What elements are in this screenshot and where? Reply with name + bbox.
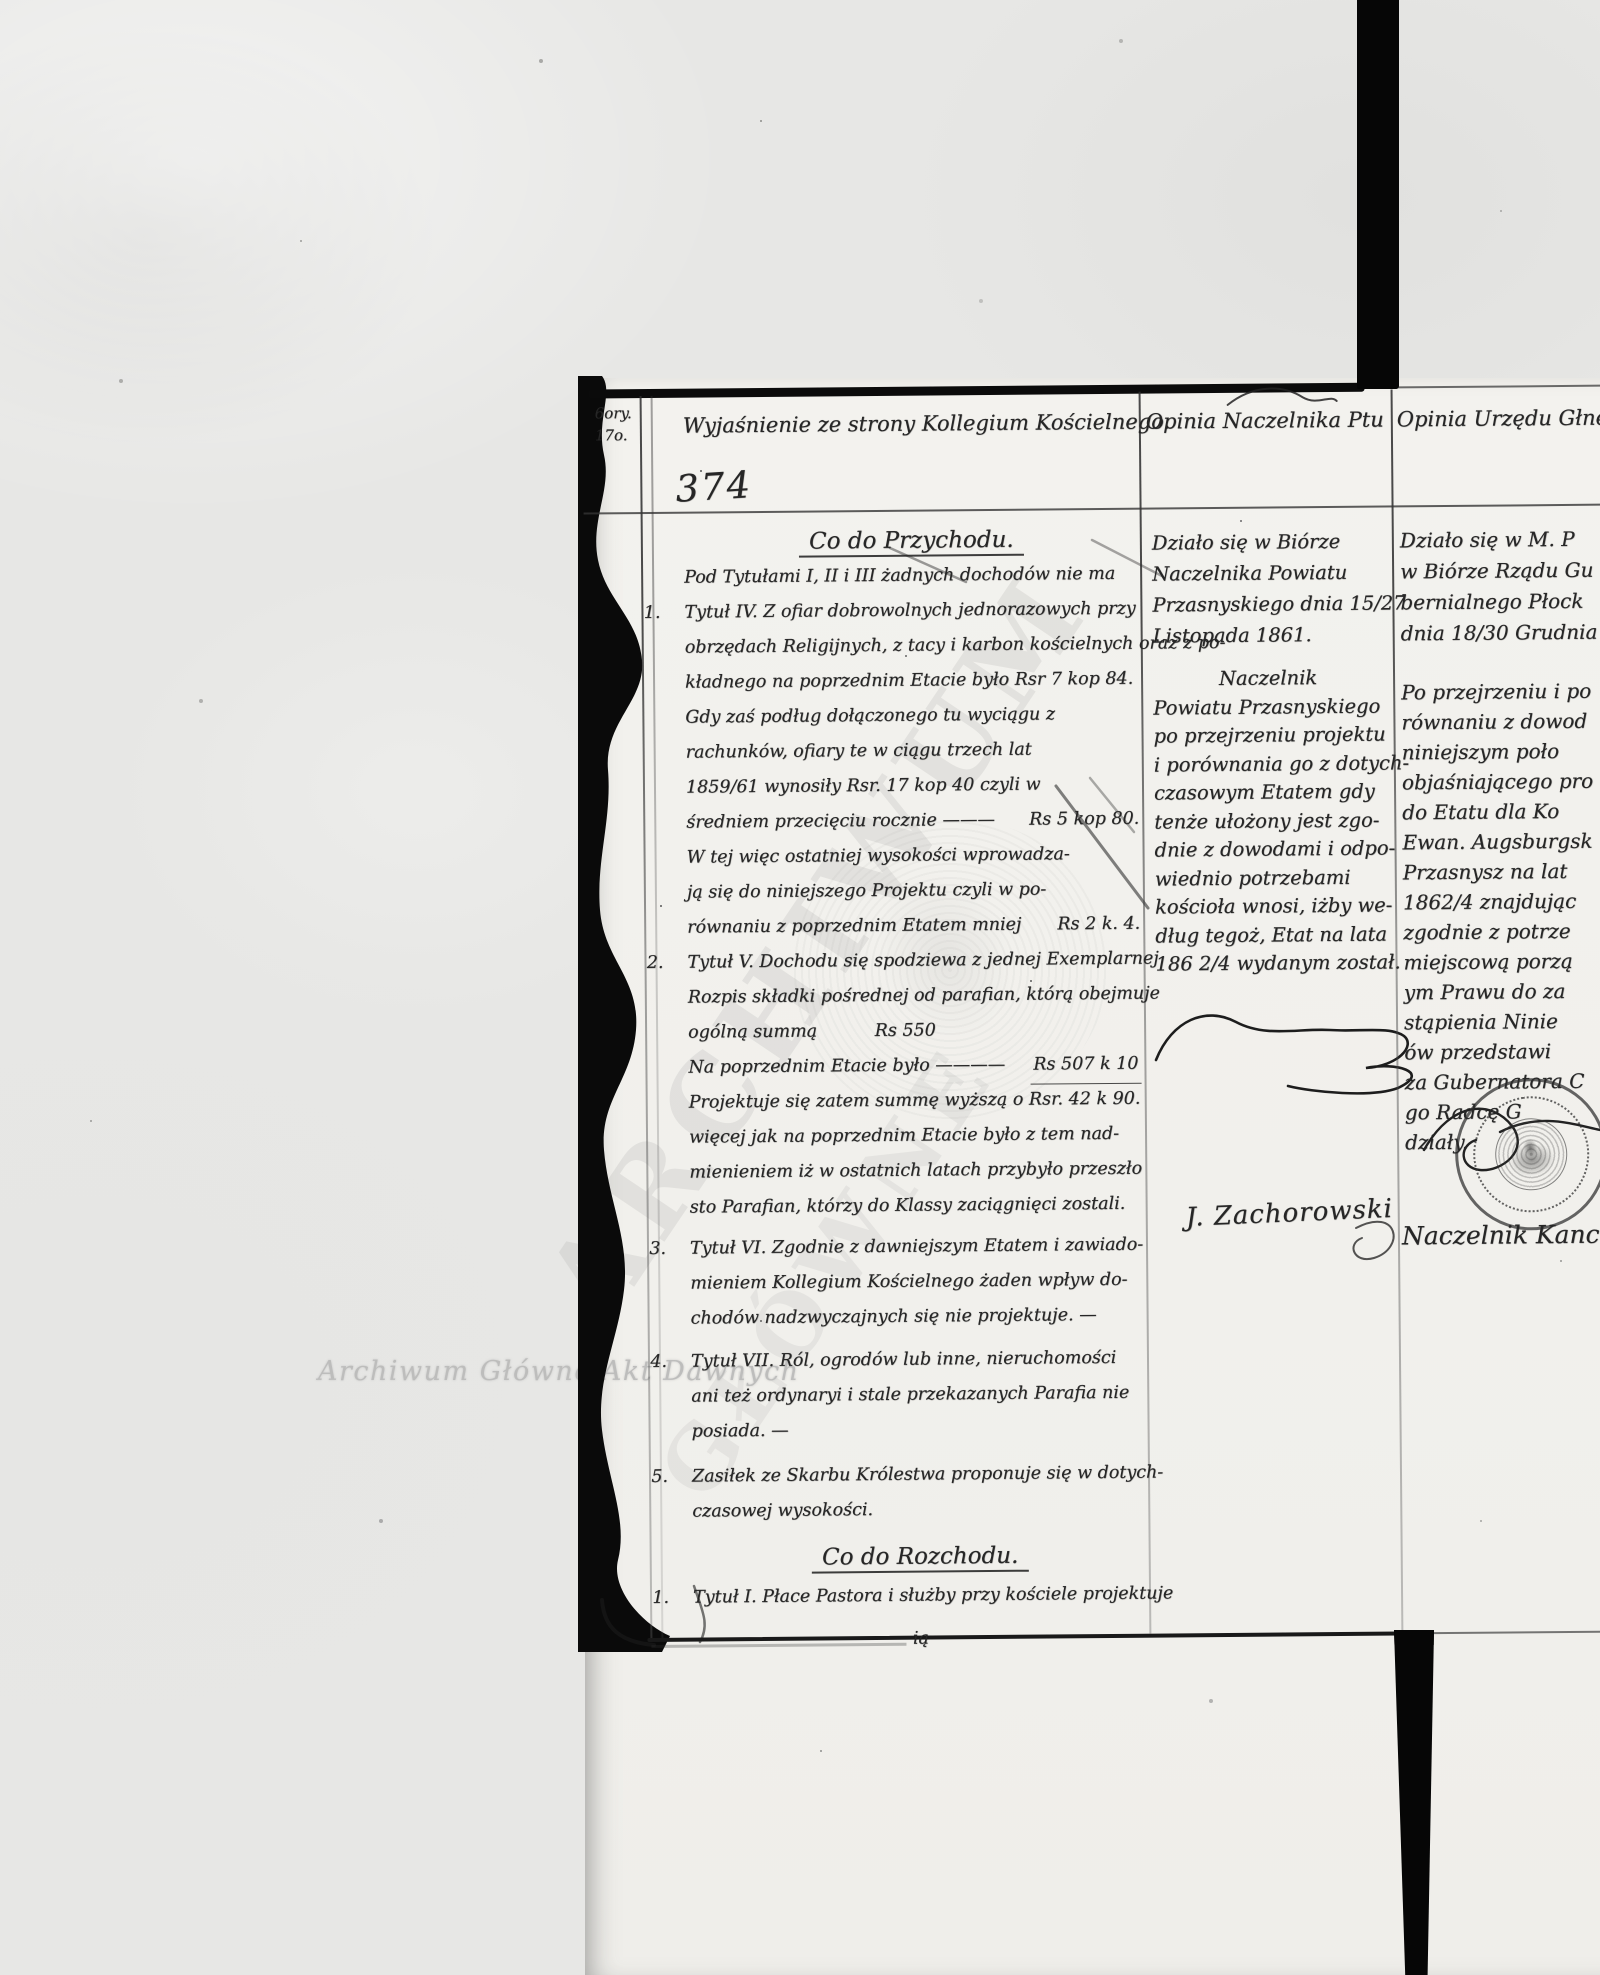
ledger-line: Co do Rozchodu. [693,1538,1148,1577]
ledger-line: mieniem Kollegium Kościelnego żaden wpły… [690,1263,1145,1302]
text-line: stąpienia Ninie [1404,1005,1600,1037]
ledger-line: Na poprzednim Etacie było ———— Rs 507 k … [688,1047,1143,1086]
ledger-line: 1. Tytuł IV. Z ofiar dobrowolnych jednor… [684,592,1139,631]
line-text: 186 2/4 wydanym został. [1155,950,1400,975]
line-text: Co do Przychodu. [799,527,1024,558]
text-line: Przasnyskiego dnia 15/27 [1146,588,1388,621]
text-line: i porównania go z dotych- [1148,749,1390,780]
column-header-middle: Opinia Naczelnika Ptu [1141,408,1389,434]
column-rule-registry-double [651,396,663,1638]
ledger-line: posiada. — [691,1411,1146,1450]
ledger-line: ogólną summą Rs 550 [688,1012,1143,1051]
line-text: Projektuje się zatem summę wyższą o Rsr.… [689,1089,1141,1113]
line-amount-inline: Rs 550 [875,1020,936,1041]
line-text: równaniu z poprzednim Etatem mniej [687,915,1021,938]
line-text: ów przedstawi [1404,1039,1551,1064]
ledger-line: 3. Tytuł VI. Zgodnie z dawniejszym Etate… [690,1228,1145,1267]
ledger-line: więcej jak na poprzednim Etacie było z t… [689,1117,1144,1156]
line-text: objaśniającego pro [1402,769,1593,795]
line-text: Zasiłek ze Skarbu Królestwa proponuje si… [692,1463,1163,1487]
line-text: stąpienia Ninie [1404,1009,1558,1034]
text-line: Działo się w M. P [1400,523,1600,556]
line-text: Naczelnika Powiatu [1152,561,1347,586]
ledger-line: 4. Tytuł VII. Ról, ogrodów lub inne, nie… [691,1341,1146,1380]
ledger-line: kładnego na poprzednim Etacie było Rsr 7… [685,662,1140,701]
ledger-left-column: Co do Przychodu. Pod Tytułami I, II i II… [684,522,1149,1659]
right-column-dateline: Działo się w M. Pw Biórze Rządu Gubernia… [1400,523,1600,649]
ledger-line: rachunków, ofiary te w ciągu trzech lat [686,732,1141,771]
line-text: chodów nadzwyczajnych się nie projektuje… [691,1305,1097,1329]
ledger-line: ią [693,1620,1148,1659]
line-text: Tytuł IV. Z ofiar dobrowolnych jednorazo… [684,599,1135,623]
line-text: 1859/61 wynosiły Rsr. 17 kop 40 czyli w [686,775,1041,798]
right-column-closing: Naczelnik Kancel [1402,1219,1600,1250]
line-text: Tytuł VI. Zgodnie z dawniejszym Etatem i… [690,1235,1143,1259]
line-text: więcej jak na poprzednim Etacie było z t… [689,1124,1119,1148]
film-specks [0,0,2,2]
text-line: bernialnego Płock [1400,585,1600,618]
text-line: ów przedstawi [1404,1035,1600,1067]
text-line: tenże ułożony jest zgo- [1148,806,1390,837]
ledger-line: W tej więc ostatniej wysokości wprowadza… [686,837,1141,876]
line-text: w Biórze Rządu Gu [1400,558,1594,584]
line-amount: Rs 2 k. 4. [1057,907,1140,943]
ledger-line: równaniu z poprzednim Etatem mniej Rs 2 … [687,907,1142,946]
line-text: i porównania go z dotych- [1154,751,1409,776]
line-text: Listopada 1861. [1153,623,1312,647]
text-line: Listopada 1861. [1147,619,1389,652]
text-line: 1862/4 znajdując [1403,885,1600,917]
line-text: wiednio potrzebami [1155,865,1351,890]
ledger-line: sto Parafian, którzy do Klassy zaciągnię… [690,1187,1145,1226]
line-text: czasowej wysokości. [692,1500,873,1522]
line-amount: Rs 5 kop 80. [1029,802,1139,838]
ledger-line: mienieniem iż w ostatnich latach przybył… [689,1152,1144,1191]
line-text: ym Prawu do za [1404,979,1566,1004]
text-line: niniejszym poło [1402,735,1600,767]
line-text: W tej więc ostatniej wysokości wprowadza… [687,844,1070,867]
text-line: Po przejrzeniu i po [1401,675,1600,707]
text-line: dnie z dowodami i odpo- [1148,835,1390,866]
line-text: dnie z dowodami i odpo- [1154,836,1395,861]
line-text: 1862/4 znajdując [1403,889,1576,915]
text-line: miejscową porzą [1403,945,1600,977]
text-line: Naczelnik [1147,664,1389,695]
line-text: zgodnie z potrze [1403,919,1571,944]
text-line: kościoła wnosi, iżby we- [1149,892,1391,923]
ledger-line: obrzędach Religijnych, z tacy i karbon k… [685,627,1140,666]
ledger-line: Rozpis składki pośrednej od parafian, kt… [688,977,1143,1016]
text-line: czasowym Etatem gdy [1148,778,1390,809]
line-text: Powiatu Przasnyskiego [1153,694,1380,719]
text-line: zgodnie z potrze [1403,915,1600,947]
film-strip-top [1357,0,1399,389]
column-rule-registry [640,396,652,1638]
ledger-line: 5. Zasiłek ze Skarbu Królestwa proponuje… [692,1456,1147,1495]
ledger-line: ją się do niniejszego Projektu czyli w p… [687,872,1142,911]
line-number: 1. [622,596,660,631]
line-text: posiada. — [692,1421,789,1442]
text-line: 186 2/4 wydanym został. [1149,949,1391,980]
registry-cell: 6ory. 17o. [595,402,632,446]
line-text: bernialnego Płock [1400,589,1583,615]
middle-column-dateline: Działo się w BiórzeNaczelnika PowiatuPrz… [1146,526,1389,652]
line-text: miejscową porzą [1403,949,1572,974]
text-line: Przasnysz na lat [1403,855,1600,887]
line-text: ją się do niniejszego Projektu czyli w p… [687,880,1047,903]
registry-mark-line1: 6ory. [595,402,632,424]
line-text: niniejszym poło [1402,739,1560,764]
line-number: 3. [628,1232,666,1267]
page-top-edge [589,383,1365,399]
line-number: 5. [630,1460,668,1495]
line-number: 1. [631,1581,669,1616]
text-line: Powiatu Przasnyskiego [1147,692,1389,723]
column-header-left: Wyjaśnienie ze strony Kollegium Kościeln… [683,410,1135,438]
ledger-line: 1. Tytuł I. Płace Pastora i służby przy … [693,1577,1148,1616]
line-text: ią [913,1629,929,1649]
text-line: do Etatu dla Ko [1402,795,1600,827]
line-text: średniem przecięciu rocznie ——— [686,810,995,833]
ledger-table: 6ory. 17o. 374 Wyjaśnienie ze strony Kol… [582,378,1600,1655]
line-text: Na poprzednim Etacie było ———— [688,1055,1005,1078]
ledger-line: Gdy zaś podług dołączonego tu wyciągu z [685,697,1140,736]
ledger-line: czasowej wysokości. [692,1491,1147,1530]
line-text: Działo się w M. P [1400,527,1575,553]
line-amount: Rs 507 k 10 [1030,1047,1141,1085]
signature-zachorowski: J. Zachorowski [1185,1194,1393,1233]
line-text: ogólną summą [688,1022,817,1043]
text-line: objaśniającego pro [1402,765,1600,797]
column-header-right: Opinia Urzędu Głne [1397,405,1600,431]
ledger-line: 2. Tytuł V. Dochodu się spodziewa z jedn… [687,942,1142,981]
line-text: Rozpis składki pośrednej od parafian, kt… [688,984,1160,1008]
text-line: w Biórze Rządu Gu [1400,554,1600,587]
text-line: Ewan. Augsburgsk [1402,825,1600,857]
line-text: tenże ułożony jest zgo- [1154,808,1379,833]
line-text: dług tegoż, Etat na lata [1155,922,1387,947]
line-text: równaniu z dowod [1401,709,1587,735]
line-text: Tytuł I. Płace Pastora i służby przy koś… [693,1583,1173,1607]
line-text: Tytuł V. Dochodu się spodziewa z jednej … [687,949,1158,973]
line-text: Po przejrzeniu i po [1401,679,1591,705]
line-text: ani też ordynaryi i stale przekazanych P… [691,1383,1129,1407]
line-text: kładnego na poprzednim Etacie było Rsr 7… [685,669,1133,693]
line-text: Tytuł VII. Ról, ogrodów lub inne, nieruc… [691,1348,1116,1372]
ledger-line: Pod Tytułami I, II i III żadnych dochodó… [684,557,1139,596]
ledger-line: średniem przecięciu rocznie ——— Rs 5 kop… [686,802,1141,841]
text-line: Naczelnika Powiatu [1146,557,1388,590]
line-text: sto Parafian, którzy do Klassy zaciągnię… [690,1194,1126,1218]
text-line: po przejrzeniu projektu [1147,721,1389,752]
line-text: Przasnyskiego dnia 15/27 [1152,591,1405,616]
line-text: dnia 18/30 Grudnia [1401,620,1598,646]
line-text: Ewan. Augsburgsk [1402,829,1592,855]
line-number: 4. [629,1345,667,1380]
line-text: Gdy zaś podług dołączonego tu wyciągu z [685,704,1055,727]
line-text: mienieniem iż w ostatnich latach przybył… [689,1159,1142,1183]
text-line: dług tegoż, Etat na lata [1149,920,1391,951]
ledger-line: 1859/61 wynosiły Rsr. 17 kop 40 czyli w [686,767,1141,806]
text-line: wiednio potrzebami [1149,863,1391,894]
line-text: mieniem Kollegium Kościelnego żaden wpły… [690,1270,1127,1294]
line-text: czasowym Etatem gdy [1154,780,1375,805]
archival-scan-page: { "page": { "colors": { "background": "#… [0,0,1600,1975]
ledger-line: Projektuje się zatem summę wyższą o Rsr.… [689,1082,1144,1121]
page-top-edge-thin [1365,385,1600,389]
line-text: kościoła wnosi, iżby we- [1155,893,1392,918]
text-line: Działo się w Biórze [1146,526,1388,559]
line-number: 2. [625,946,663,981]
page-number: 374 [674,463,753,511]
text-line: ym Prawu do za [1404,975,1600,1007]
text-line: dnia 18/30 Grudnia [1401,616,1600,649]
line-text: obrzędach Religijnych, z tacy i karbon k… [685,633,1226,658]
line-text: Pod Tytułami I, II i III żadnych dochodó… [684,564,1115,588]
line-text: do Etatu dla Ko [1402,799,1559,824]
line-text: po przejrzeniu projektu [1153,723,1385,748]
line-text: Przasnysz na lat [1403,859,1568,884]
ledger-line: ani też ordynaryi i stale przekazanych P… [691,1376,1146,1415]
line-text: Naczelnik [1219,666,1317,690]
line-text: Co do Rozchodu. [812,1543,1029,1574]
middle-column-body: NaczelnikPowiatu Przasnyskiegopo przejrz… [1147,664,1392,980]
ledger-line: Co do Przychodu. [684,522,1139,561]
registry-mark-line2: 17o. [595,424,632,446]
line-text: rachunków, ofiary te w ciągu trzech lat [686,740,1032,763]
line-text: Działo się w Biórze [1152,530,1341,555]
text-line: równaniu z dowod [1401,705,1600,737]
ledger-line: chodów nadzwyczajnych się nie projektuje… [690,1298,1145,1337]
